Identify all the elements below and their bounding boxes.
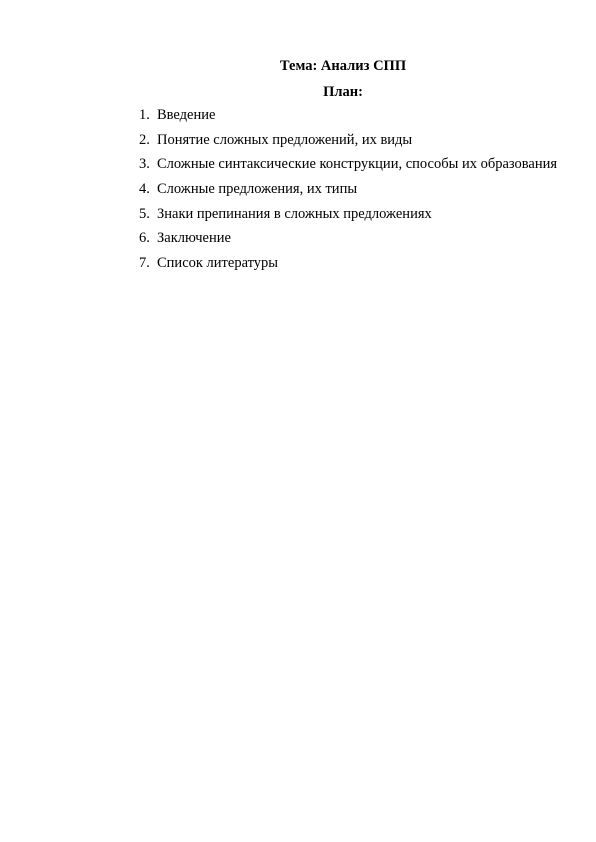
plan-item-text: Сложные синтаксические конструкции, спос… [157,155,557,180]
plan-item-text: Введение [157,106,215,131]
document-title: Тема: Анализ СПП [0,57,596,75]
plan-item-number: 6. [139,229,157,254]
plan-heading: План: [0,83,596,101]
plan-item: 6. Заключение [139,229,557,254]
plan-item-number: 3. [139,155,157,180]
plan-list: 1. Введение 2. Понятие сложных предложен… [139,106,557,279]
plan-item-number: 4. [139,180,157,205]
plan-item-text: Понятие сложных предложений, их виды [157,131,412,156]
plan-item-number: 7. [139,254,157,279]
plan-item-text: Список литературы [157,254,278,279]
plan-item: 3. Сложные синтаксические конструкции, с… [139,155,557,180]
plan-item: 2. Понятие сложных предложений, их виды [139,131,557,156]
plan-item: 4. Сложные предложения, их типы [139,180,557,205]
plan-item-text: Сложные предложения, их типы [157,180,357,205]
plan-item-number: 5. [139,205,157,230]
plan-item-number: 1. [139,106,157,131]
document-page: Тема: Анализ СПП План: 1. Введение 2. По… [0,0,596,842]
plan-item-text: Заключение [157,229,231,254]
plan-item-number: 2. [139,131,157,156]
plan-item: 5. Знаки препинания в сложных предложени… [139,205,557,230]
plan-item: 7. Список литературы [139,254,557,279]
plan-item-text: Знаки препинания в сложных предложениях [157,205,432,230]
plan-item: 1. Введение [139,106,557,131]
